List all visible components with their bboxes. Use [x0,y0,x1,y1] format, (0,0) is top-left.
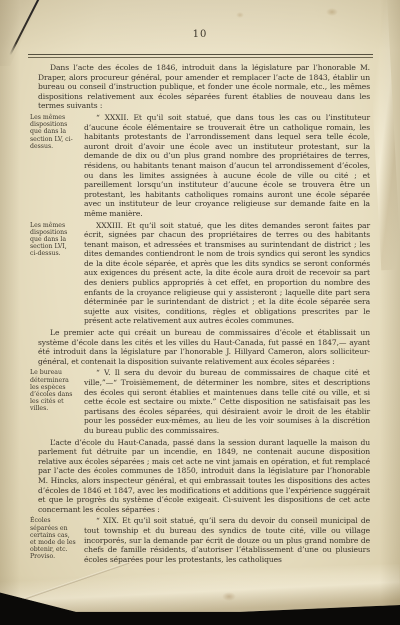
margin-note: Les mêmes dispositions que dans la secti… [30,222,76,258]
scanned-book-page: { "page": { "number": "10", "paragraphs"… [0,0,400,625]
paper-stain [222,592,236,601]
header-rule [28,54,373,58]
page-number: 10 [0,29,400,40]
paragraph-text: Le premier acte qui créait un bureau de … [38,328,370,366]
intro-paragraph: Dans l’acte des écoles de 1846, introdui… [38,63,370,111]
paper-stain [236,12,244,18]
statute-paragraph-xxxii: Les mêmes dispositions que dans la secti… [84,113,370,219]
body-paragraph: L’acte d’école du Haut-Canada, passé dan… [38,438,370,515]
margin-note: Les mêmes dispositions que dans la secti… [30,114,76,150]
paragraph-text: “ V. Il sera du devoir du bureau de comm… [84,368,370,435]
document-page: 10 Dans l’acte des écoles de 1846, intro… [0,0,400,625]
statute-paragraph-v: Le bureau déterminera les espèces d’écol… [84,368,370,435]
body-paragraph: Le premier acte qui créait un bureau de … [38,328,370,366]
text-block: Dans l’acte des écoles de 1846, introdui… [38,63,370,566]
page-fold-bottom [0,564,400,622]
paragraph-text: XXXIII. Et qu’il soit statué, que les di… [84,221,370,326]
paragraph-text: “ XXXII. Et qu’il soit statué, que dans … [84,113,370,218]
margin-note: Écoles séparées en certains cas, et mode… [30,517,76,560]
paragraph-text: “ XIX. Et qu’il soit statué, qu’il sera … [84,516,370,563]
statute-paragraph-xxxiii: Les mêmes dispositions que dans la secti… [84,221,370,327]
paper-stain [326,8,338,16]
page-crease-right [367,0,400,270]
statute-paragraph-xix: Écoles séparées en certains cas, et mode… [84,516,370,564]
margin-note: Le bureau déterminera les espèces d’écol… [30,369,76,412]
paragraph-text: L’acte d’école du Haut-Canada, passé dan… [38,438,370,514]
paragraph-text: Dans l’acte des écoles de 1846, introdui… [38,63,370,110]
